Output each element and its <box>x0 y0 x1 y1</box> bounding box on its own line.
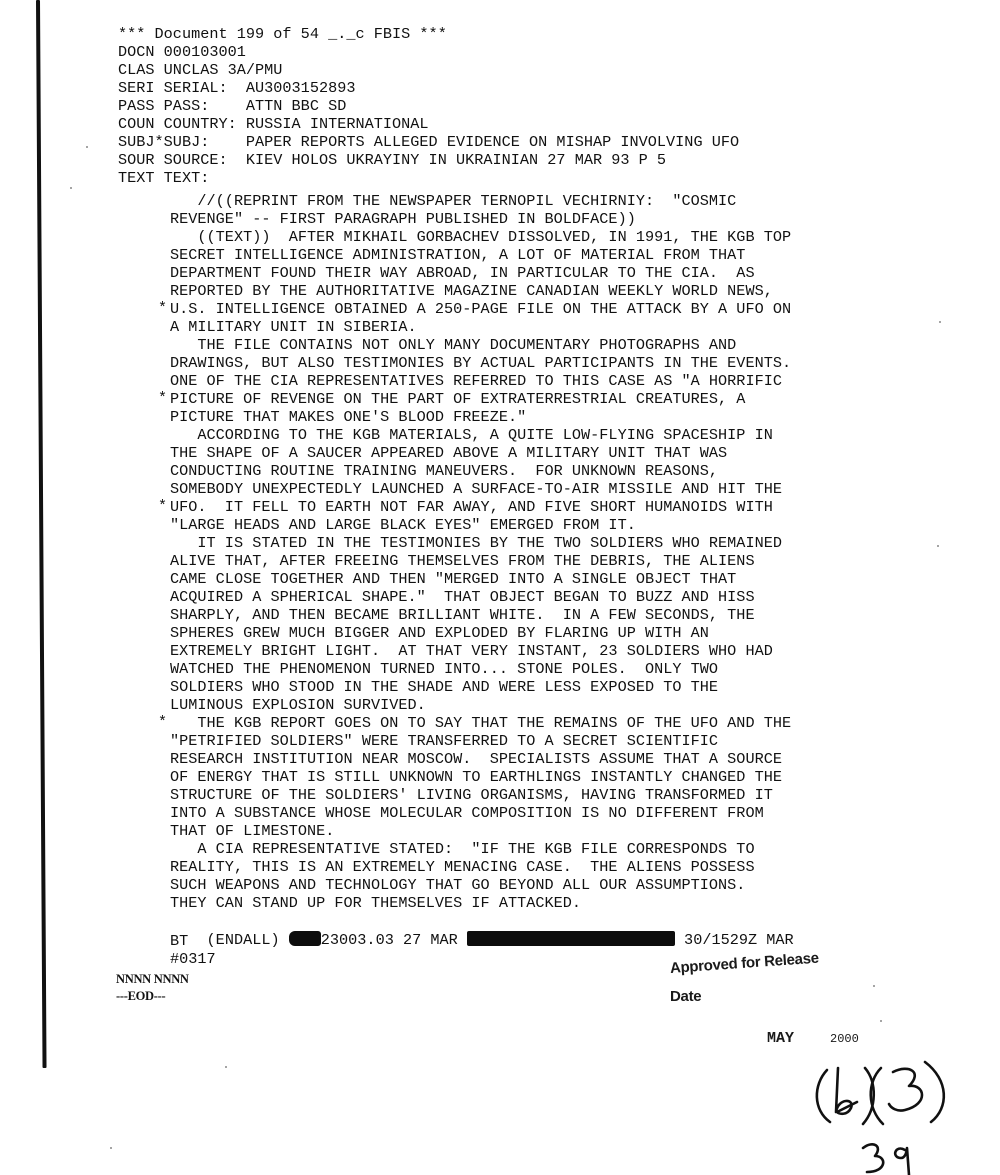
scan-speck <box>70 187 72 189</box>
handwritten-annotation <box>805 1060 965 1175</box>
body-text-line: ACQUIRED A SPHERICAL SHAPE." THAT OBJECT… <box>170 588 755 606</box>
scan-speck <box>880 1020 882 1022</box>
release-month: MAY <box>767 1030 794 1047</box>
body-text-line: ALIVE THAT, AFTER FREEING THEMSELVES FRO… <box>170 552 755 570</box>
body-text-line: LUMINOUS EXPLOSION SURVIVED. <box>170 696 426 714</box>
body-text-line: EXTREMELY BRIGHT LIGHT. AT THAT VERY INS… <box>170 642 773 660</box>
scan-speck <box>937 545 939 547</box>
body-text-line: THEY CAN STAND UP FOR THEMSELVES IF ATTA… <box>170 894 581 912</box>
redaction-block <box>467 931 675 946</box>
metadata-field-line: DOCN 000103001 <box>118 43 246 61</box>
body-text-line: RESEARCH INSTITUTION NEAR MOSCOW. SPECIA… <box>170 750 782 768</box>
scan-speck <box>110 1147 112 1149</box>
scan-speck <box>873 985 875 987</box>
body-text-line: REALITY, THIS IS AN EXTREMELY MENACING C… <box>170 858 755 876</box>
body-text-line: A CIA REPRESENTATIVE STATED: "IF THE KGB… <box>170 840 755 858</box>
margin-asterisk-icon: * <box>158 300 167 318</box>
body-text-line: THE FILE CONTAINS NOT ONLY MANY DOCUMENT… <box>170 336 736 354</box>
scan-speck <box>86 146 88 148</box>
body-text-line: REVENGE" -- FIRST PARAGRAPH PUBLISHED IN… <box>170 210 636 228</box>
body-text-line: DEPARTMENT FOUND THEIR WAY ABROAD, IN PA… <box>170 264 755 282</box>
body-text-line: "LARGE HEADS AND LARGE BLACK EYES" EMERG… <box>170 516 636 534</box>
handwritten-paren-open-icon <box>817 1070 830 1122</box>
body-text-line: PICTURE OF REVENGE ON THE PART OF EXTRAT… <box>170 390 745 408</box>
body-text-line: OF ENERGY THAT IS STILL UNKNOWN TO EARTH… <box>170 768 782 786</box>
body-text-line: UFO. IT FELL TO EARTH NOT FAR AWAY, AND … <box>170 498 773 516</box>
body-text-line: SECRET INTELLIGENCE ADMINISTRATION, A LO… <box>170 246 745 264</box>
body-text-line: SOLDIERS WHO STOOD IN THE SHADE AND WERE… <box>170 678 718 696</box>
endall-part2: 30/1529Z MAR <box>675 931 794 949</box>
body-text-line: SPHERES GREW MUCH BIGGER AND EXPLODED BY… <box>170 624 709 642</box>
redaction-block <box>289 931 321 946</box>
body-text-line: CAME CLOSE TOGETHER AND THEN "MERGED INT… <box>170 570 736 588</box>
body-text-line: //((REPRINT FROM THE NEWSPAPER TERNOPIL … <box>170 192 736 210</box>
endall-part1: 23003.03 27 MAR <box>321 931 467 949</box>
body-text-line: DRAWINGS, BUT ALSO TESTIMONIES BY ACTUAL… <box>170 354 791 372</box>
body-text-line: U.S. INTELLIGENCE OBTAINED A 250-PAGE FI… <box>170 300 791 318</box>
release-date-label: Date <box>670 988 701 1005</box>
body-text-line: A MILITARY UNIT IN SIBERIA. <box>170 318 417 336</box>
body-text-line: SOMEBODY UNEXPECTEDLY LAUNCHED A SURFACE… <box>170 480 782 498</box>
metadata-field-line: SERI SERIAL: AU3003152893 <box>118 79 355 97</box>
body-text-line: INTO A SUBSTANCE WHOSE MOLECULAR COMPOSI… <box>170 804 764 822</box>
body-text-line: SHARPLY, AND THEN BECAME BRILLIANT WHITE… <box>170 606 755 624</box>
endall-prefix: (ENDALL) <box>207 931 289 949</box>
body-text-line: ONE OF THE CIA REPRESENTATIVES REFERRED … <box>170 372 782 390</box>
body-text-line: CONDUCTING ROUTINE TRAINING MANEUVERS. F… <box>170 462 718 480</box>
body-text-line: SUCH WEAPONS AND TECHNOLOGY THAT GO BEYO… <box>170 876 745 894</box>
document-header-line: *** Document 199 of 54 _._c FBIS *** <box>118 25 447 43</box>
left-margin-rule <box>36 0 47 1068</box>
trailer-number: #0317 <box>170 950 216 968</box>
body-text-line: ACCORDING TO THE KGB MATERIALS, A QUITE … <box>170 426 773 444</box>
scan-speck <box>939 321 941 323</box>
footer-nnnn: NNNN NNNN <box>116 970 189 988</box>
margin-asterisk-icon: * <box>158 498 167 516</box>
margin-asterisk-icon: * <box>158 390 167 408</box>
body-text-line: THE KGB REPORT GOES ON TO SAY THAT THE R… <box>170 714 791 732</box>
body-text-line: STRUCTURE OF THE SOLDIERS' LIVING ORGANI… <box>170 786 773 804</box>
body-text-line: "PETRIFIED SOLDIERS" WERE TRANSFERRED TO… <box>170 732 718 750</box>
body-text-line: PICTURE THAT MAKES ONE'S BLOOD FREEZE." <box>170 408 526 426</box>
margin-asterisk-icon: * <box>158 714 167 732</box>
metadata-field-line: TEXT TEXT: <box>118 169 209 187</box>
body-text-line: ((TEXT)) AFTER MIKHAIL GORBACHEV DISSOLV… <box>170 228 791 246</box>
footer-eod: ---EOD--- <box>116 987 165 1005</box>
body-text-line: WATCHED THE PHENOMENON TURNED INTO... ST… <box>170 660 718 678</box>
metadata-field-line: COUN COUNTRY: RUSSIA INTERNATIONAL <box>118 115 429 133</box>
metadata-field-line: PASS PASS: ATTN BBC SD <box>118 97 346 115</box>
metadata-field-line: SUBJ*SUBJ: PAPER REPORTS ALLEGED EVIDENC… <box>118 133 739 151</box>
body-text-line: THE SHAPE OF A SAUCER APPEARED ABOVE A M… <box>170 444 727 462</box>
body-text-line: IT IS STATED IN THE TESTIMONIES BY THE T… <box>170 534 782 552</box>
body-text-line: THAT OF LIMESTONE. <box>170 822 334 840</box>
scan-speck <box>225 1066 227 1068</box>
metadata-field-line: SOUR SOURCE: KIEV HOLOS UKRAYINY IN UKRA… <box>118 151 666 169</box>
metadata-field-line: CLAS UNCLAS 3A/PMU <box>118 61 282 79</box>
trailer-bt: BT <box>170 932 188 950</box>
release-year: 2000 <box>830 1032 859 1046</box>
body-text-line: REPORTED BY THE AUTHORITATIVE MAGAZINE C… <box>170 282 773 300</box>
